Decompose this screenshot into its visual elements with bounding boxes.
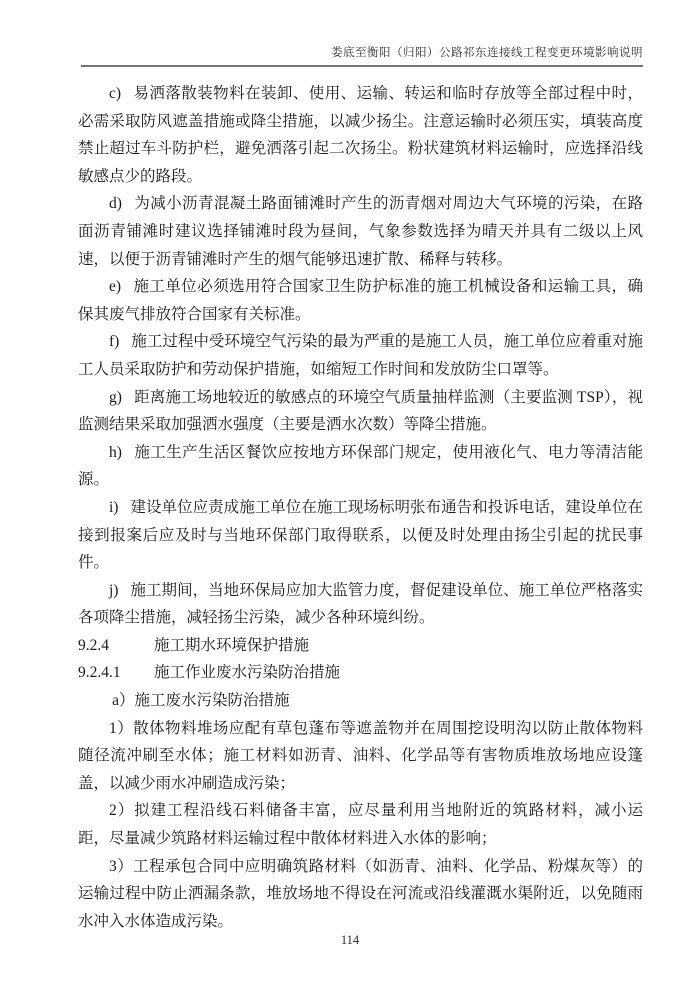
section-heading: 9.2.4施工期水环境保护措施	[78, 632, 643, 660]
document-page: 娄底至衡阳（归阳）公路祁东连接线工程变更环境影响说明 c)易洒落散装物料在装卸、…	[0, 0, 700, 990]
paragraph-h: h)施工生产生活区餐饮应按地方环保部门规定，使用液化气、电力等清洁能源。	[78, 439, 643, 494]
document-body: c)易洒落散装物料在装卸、使用、运输、转运和临时存放等全部过程中时，必需采取防风…	[78, 80, 643, 935]
page-number: 114	[341, 933, 359, 947]
paragraph-label: h)	[109, 444, 122, 461]
paragraph-e: e)施工单位必须选用符合国家卫生防护标准的施工机械设备和运输工具，确保其废气排放…	[78, 273, 643, 328]
paragraph-text: 为减小沥青混凝土路面铺滩时产生的沥青烟对周边大气环境的污染，在路面沥青铺滩时建议…	[78, 195, 643, 267]
paragraph-label: e)	[109, 278, 121, 295]
page-footer: 114	[0, 933, 700, 948]
subsection-number: 9.2.4.1	[78, 659, 154, 687]
running-header-title: 娄底至衡阳（归阳）公路祁东连接线工程变更环境影响说明	[81, 44, 643, 60]
paragraph-text: 易洒落散装物料在装卸、使用、运输、转运和临时存放等全部过程中时，必需采取防风遮盖…	[78, 85, 643, 185]
numbered-item-1: 1）散体物料堆场应配有草包蓬布等遮盖物并在周围挖设明沟以防止散体物料随径流冲刷至…	[78, 715, 643, 798]
paragraph-j: j)施工期间，当地环保局应加大监管力度，督促建设单位、施工单位严格落实各项降尘措…	[78, 577, 643, 632]
numbered-item-3: 3）工程承包合同中应明确筑路材料（如沥青、油料、化学品、粉煤灰等）的运输过程中防…	[78, 853, 643, 936]
numbered-item-label: 1）	[109, 720, 133, 737]
paragraph-label: c)	[109, 85, 121, 102]
sub-item-a: a）施工废水污染防治措施	[78, 687, 643, 715]
paragraph-text: 施工期间，当地环保局应加大监管力度，督促建设单位、施工单位严格落实各项降尘措施，…	[78, 582, 643, 627]
paragraph-label: f)	[109, 333, 119, 350]
section-number: 9.2.4	[78, 632, 154, 660]
subsection-title: 施工作业废水污染防治措施	[154, 664, 340, 681]
subsection-heading: 9.2.4.1施工作业废水污染防治措施	[78, 659, 643, 687]
sub-item-label: a）	[112, 692, 134, 709]
numbered-item-text: 拟建工程沿线石料储备丰富，应尽量利用当地附近的筑路材料，减小运距，尽量减少筑路材…	[78, 802, 643, 847]
paragraph-text: 距离施工场地较近的敏感点的环境空气质量抽样监测（主要监测 TSP），视监测结果采…	[78, 389, 643, 434]
paragraph-d: d)为减小沥青混凝土路面铺滩时产生的沥青烟对周边大气环境的污染，在路面沥青铺滩时…	[78, 190, 643, 273]
paragraph-label: j)	[109, 582, 118, 599]
numbered-item-label: 3）	[109, 858, 133, 875]
paragraph-text: 施工生产生活区餐饮应按地方环保部门规定，使用液化气、电力等清洁能源。	[78, 444, 643, 489]
numbered-item-label: 2）	[109, 802, 134, 819]
paragraph-label: g)	[109, 389, 122, 406]
section-title: 施工期水环境保护措施	[154, 637, 309, 654]
paragraph-c: c)易洒落散装物料在装卸、使用、运输、转运和临时存放等全部过程中时，必需采取防风…	[78, 80, 643, 190]
page-header: 娄底至衡阳（归阳）公路祁东连接线工程变更环境影响说明	[81, 44, 643, 67]
paragraph-label: d)	[109, 195, 122, 212]
numbered-item-2: 2）拟建工程沿线石料储备丰富，应尽量利用当地附近的筑路材料，减小运距，尽量减少筑…	[78, 797, 643, 852]
paragraph-text: 施工单位必须选用符合国家卫生防护标准的施工机械设备和运输工具，确保其废气排放符合…	[78, 278, 643, 323]
paragraph-f: f)施工过程中受环境空气污染的最为严重的是施工人员，施工单位应着重对施工人员采取…	[78, 328, 643, 383]
numbered-item-text: 工程承包合同中应明确筑路材料（如沥青、油料、化学品、粉煤灰等）的运输过程中防止洒…	[78, 858, 643, 930]
paragraph-text: 建设单位应责成施工单位在施工现场标明张布通告和投诉电话，建设单位在接到报案后应及…	[78, 499, 643, 571]
paragraph-g: g)距离施工场地较近的敏感点的环境空气质量抽样监测（主要监测 TSP），视监测结…	[78, 384, 643, 439]
numbered-item-text: 散体物料堆场应配有草包蓬布等遮盖物并在周围挖设明沟以防止散体物料随径流冲刷至水体…	[78, 720, 643, 792]
paragraph-i: i)建设单位应责成施工单位在施工现场标明张布通告和投诉电话，建设单位在接到报案后…	[78, 494, 643, 577]
sub-item-text: 施工废水污染防治措施	[134, 692, 289, 709]
paragraph-text: 施工过程中受环境空气污染的最为严重的是施工人员，施工单位应着重对施工人员采取防护…	[78, 333, 643, 378]
paragraph-label: i)	[109, 499, 118, 516]
